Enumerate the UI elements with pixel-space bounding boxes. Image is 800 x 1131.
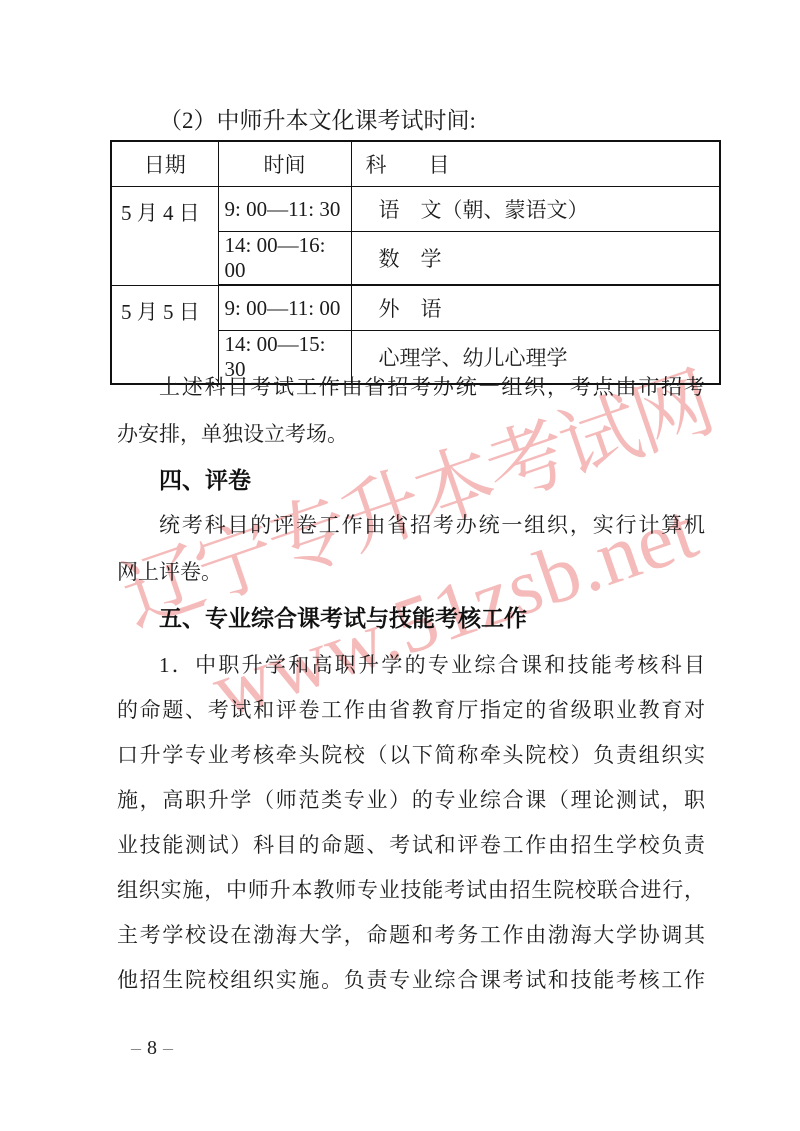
paragraph-line: 网上评卷。 [117,549,705,596]
paragraph-exam-organization: 上述科目考试工作由省招考办统一组织，考点由市招考 办安排，单独设立考场。 [117,364,705,458]
paragraph-line: 口升学专业考核牵头院校（以下简称牵头院校）负责组织实 [117,733,705,778]
table-header-subject: 科 目 [351,141,720,187]
section-heading-grading: 四、评卷 [117,465,737,495]
paragraph-line: 1．中职升学和高职升学的专业综合课和技能考核科目 [117,643,705,688]
footer-dash-left: – [131,1037,141,1059]
table-header-row: 日期 时间 科 目 [111,141,720,187]
subject-cell: 外 语 [351,285,720,331]
page-content: （2）中师升本文化课考试时间: 日期 时间 科 目 5 月 4 日 9: 00—… [0,0,800,1131]
subject-cell: 数 学 [351,232,720,286]
page-number: 8 [141,1037,163,1059]
paragraph-line: 他招生院校组织实施。负责专业综合课考试和技能考核工作 [117,958,705,1003]
paragraph-line: 上述科目考试工作由省招考办统一组织，考点由市招考 [117,364,705,411]
paragraph-line: 统考科目的评卷工作由省招考办统一组织，实行计算机 [117,502,705,549]
footer-dash-right: – [163,1037,173,1059]
table-header-time: 时间 [218,141,351,187]
paragraph-comprehensive-exam: 1．中职升学和高职升学的专业综合课和技能考核科目 的命题、考试和评卷工作由省教育… [117,643,705,1003]
time-cell: 9: 00—11: 00 [218,285,351,331]
paragraph-line: 组织实施，中师升本教师专业技能考试由招生院校联合进行， [117,868,705,913]
table-row: 5 月 5 日 9: 00—11: 00 外 语 [111,285,720,331]
intro-line: （2）中师升本文化课考试时间: [117,106,717,136]
time-cell: 9: 00—11: 30 [218,187,351,232]
time-cell: 14: 00—16: 00 [218,232,351,286]
table-header-date: 日期 [111,141,218,187]
paragraph-line: 施，高职升学（师范类专业）的专业综合课（理论测试，职 [117,778,705,823]
page-footer: –8– [131,1036,173,1060]
paragraph-line: 业技能测试）科目的命题、考试和评卷工作由招生学校负责 [117,823,705,868]
paragraph-line: 主考学校设在渤海大学，命题和考务工作由渤海大学协调其 [117,913,705,958]
section-heading-comprehensive-exam: 五、专业综合课考试与技能考核工作 [117,603,737,633]
table-row: 5 月 4 日 9: 00—11: 30 语 文（朝、蒙语文） [111,187,720,232]
subject-cell: 语 文（朝、蒙语文） [351,187,720,232]
paragraph-grading: 统考科目的评卷工作由省招考办统一组织，实行计算机 网上评卷。 [117,502,705,596]
paragraph-line: 的命题、考试和评卷工作由省教育厅指定的省级职业教育对 [117,688,705,733]
exam-schedule-table: 日期 时间 科 目 5 月 4 日 9: 00—11: 30 语 文（朝、蒙语文… [110,140,721,385]
date-cell-may4: 5 月 4 日 [111,187,218,286]
paragraph-line: 办安排，单独设立考场。 [117,411,705,458]
document-page: 辽宁专升本考试网 www.51zsb.net （2）中师升本文化课考试时间: 日… [0,0,800,1131]
